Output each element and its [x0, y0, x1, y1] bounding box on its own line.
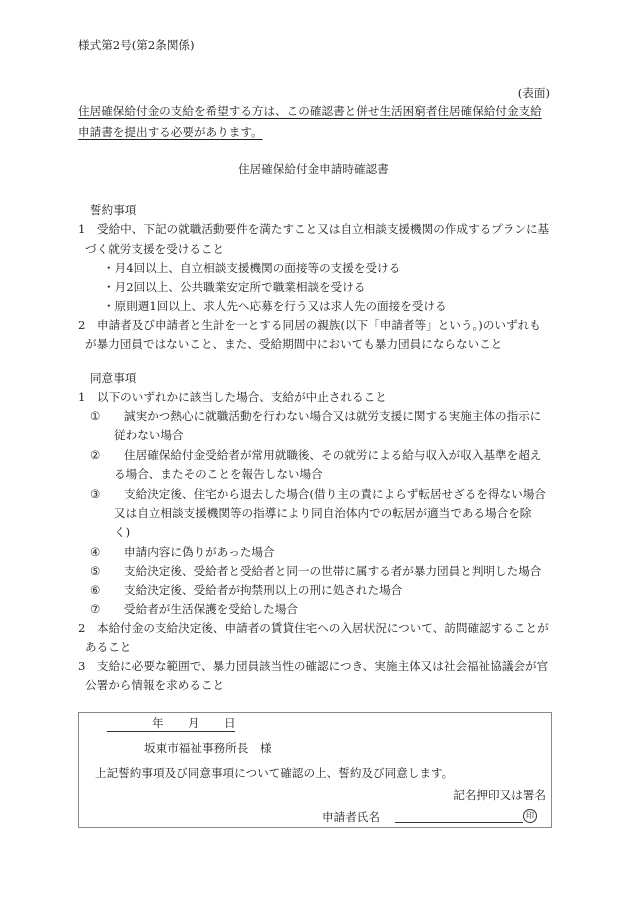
consent-sub-text: る場合、またそのことを報告しない場合 [114, 467, 323, 482]
consent-sub-text: 従わない場合 [114, 428, 184, 443]
consent-sub-text: 誠実かつ熱心に就職活動を行わない場合又は就労支援に関する実施主体の指示に [124, 409, 541, 424]
date-field-line[interactable] [107, 731, 235, 732]
consent-sub-text: く) [114, 525, 130, 540]
document-title: 住居確保給付金申請時確認書 [238, 162, 389, 177]
consent-sub-num: ⑦ [90, 602, 100, 617]
pledge-heading: 誓約事項 [90, 203, 136, 218]
pledge-bullet: ・月2回以上、公共職業安定所で職業相談を受ける [103, 280, 365, 295]
sign-note: 記名押印又は署名 [453, 788, 546, 803]
consent-sub-text: 受給者が生活保護を受給した場合 [124, 602, 298, 617]
consent-item-2: 2 本給付金の支給決定後、申請者の賃貸住宅への入居状況について、訪問確認すること… [78, 621, 549, 636]
applicant-name-field[interactable] [395, 822, 523, 823]
notice-line-1: 住居確保給付金の支給を希望する方は、この確認書と併せ生活困窮者住居確保給付金支給 [78, 104, 542, 119]
addressee: 坂東市福祉事務所長 様 [144, 741, 272, 756]
consent-item-3-cont: 公署から情報を求めること [85, 678, 224, 693]
consent-sub-num: ② [90, 448, 100, 463]
consent-sub-num: ⑥ [90, 583, 100, 598]
consent-sub-text: 申請内容に偽りがあった場合 [124, 545, 275, 560]
pledge-item-2-cont: が暴力団員ではないこと、また、受給期間中においても暴力団員にならないこと [85, 337, 502, 352]
consent-sub-text: 又は自立相談支援機関等の指導により同自治体内での転居が適当である場合を除 [114, 506, 531, 521]
consent-item-3: 3 支給に必要な範囲で、暴力団員該当性の確認につき、実施主体又は社会福祉協議会が… [78, 659, 548, 674]
notice-line-2: 申請書を提出する必要があります。 [78, 125, 263, 140]
consent-sub-num: ③ [90, 487, 100, 502]
consent-sub-num: ① [90, 409, 100, 424]
consent-sub-text: 住居確保給付金受給者が常用就職後、その就労による給与収入が収入基準を超え [124, 448, 541, 463]
consent-statement: 上記誓約事項及び同意事項について確認の上、誓約及び同意します。 [95, 766, 453, 781]
day-label: 日 [224, 716, 236, 731]
pledge-bullet: ・原則週1回以上、求人先へ応募を行う又は求人先の面接を受ける [103, 299, 447, 314]
consent-heading: 同意事項 [90, 371, 136, 386]
consent-sub-num: ⑤ [90, 564, 100, 579]
consent-sub-text: 支給決定後、受給者と受給者と同一の世帯に属する者が暴力団員と判明した場合 [124, 564, 541, 579]
consent-item-1: 1 以下のいずれかに該当した場合、支給が中止されること [78, 390, 387, 405]
consent-sub-text: 支給決定後、受給者が拘禁刑以上の刑に処された場合 [124, 583, 402, 598]
side-label: (表面) [518, 86, 550, 101]
year-label: 年 [152, 716, 164, 731]
consent-item-2-cont: あること [85, 640, 131, 655]
consent-sub-text: 支給決定後、住宅から退去した場合(借り主の責によらず転居せざるを得ない場合 [124, 487, 546, 502]
pledge-item-1: 1 受給中、下記の就職活動要件を満たすこと又は自立相談支援機関の作成するプランに… [78, 222, 549, 237]
applicant-name-label: 申請者氏名 [322, 810, 380, 825]
form-number: 様式第2号(第2条関係) [78, 38, 195, 53]
month-label: 月 [188, 716, 200, 731]
pledge-bullet: ・月4回以上、自立相談支援機関の面接等の支援を受ける [103, 261, 400, 276]
pledge-item-2: 2 申請者及び申請者と生計を一とする同居の親族(以下「申請者等」という。)のいず… [78, 318, 541, 333]
pledge-item-1-cont: づく就労支援を受けること [85, 242, 224, 257]
consent-sub-num: ④ [90, 545, 100, 560]
seal-icon: 印 [523, 809, 537, 823]
